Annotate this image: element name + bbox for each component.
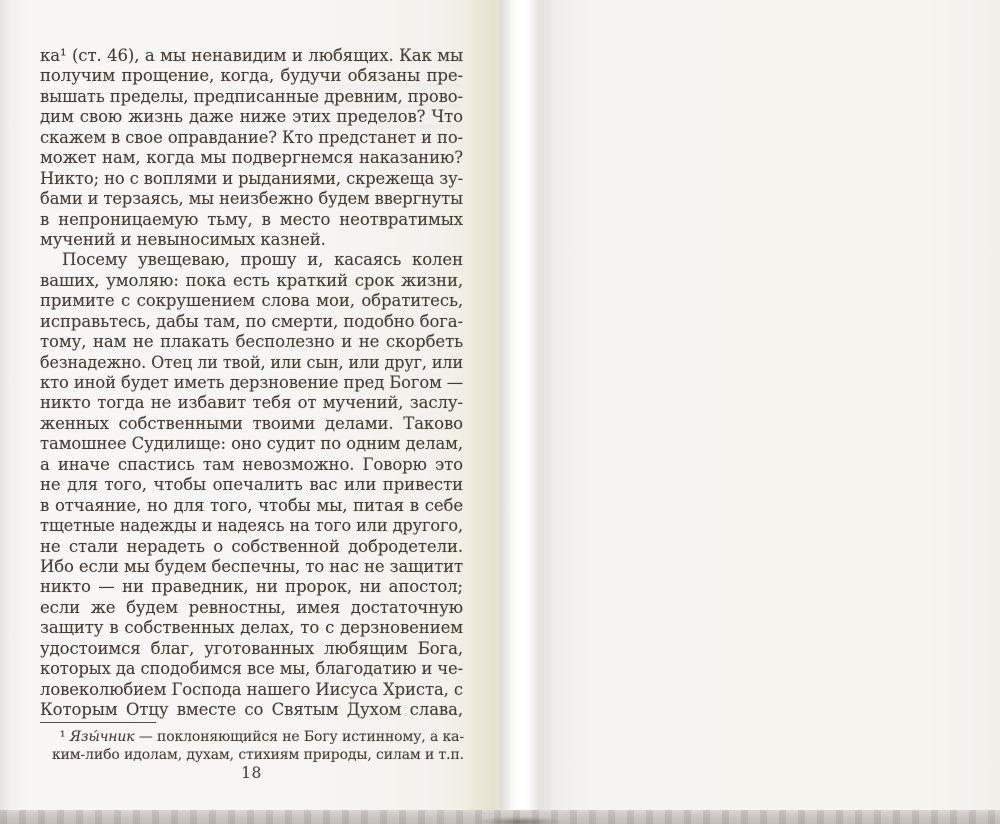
text-line: а иначе спастись там невозможно. Говорю … [40,455,463,475]
text-line: Которым Отцу вместе со Святым Духом слав… [40,700,463,720]
book-bottom-edge [0,810,1000,824]
text-line: кто иной будет иметь дерзновение пред Бо… [40,373,463,393]
left-footnote-separator [40,722,156,723]
text-line: в непроницаемую тьму, в место неотвратим… [40,210,463,230]
left-page-body: ка¹ (ст. 46), а мы ненавидим и любящих. … [40,46,463,720]
text-line: получим прощение, когда, будучи обязаны … [40,66,463,86]
left-page: ка¹ (ст. 46), а мы ненавидим и любящих. … [0,0,500,812]
text-line: Ибо если мы будем беспечны, то нас не за… [40,557,463,577]
text-line: если же будем ревностны, имея достаточну… [40,598,463,618]
left-page-number: 18 [40,764,463,782]
text-line: безнадежно. Отец ли твой, или сын, или д… [40,353,463,373]
text-line: ким-либо идолам, духам, стихиям природы,… [52,746,464,764]
text-line: в отчаяние, но для того, чтобы мы, питая… [40,496,463,516]
text-line: не для того, чтобы опечалить вас или при… [40,475,463,495]
text-line: тщетные надежды и надеясь на того или др… [40,516,463,536]
text-line: вышать пределы, предписанные древним, пр… [40,87,463,107]
text-line: мучений и невыносимых казней. [40,230,463,250]
text-line: ка¹ (ст. 46), а мы ненавидим и любящих. … [40,46,463,66]
text-line: скажем в свое оправдание? Кто предстанет… [40,128,463,148]
right-page: держава, честь, ныне и присно¹, и во век… [500,0,1000,812]
text-line: Посему увещеваю, прошу и, касаясь колен [40,250,463,270]
book-spread: ка¹ (ст. 46), а мы ненавидим и любящих. … [0,0,1000,824]
left-page-footnotes: ¹ Язы́чник — поклоняющийся не Богу истин… [52,728,464,764]
text-line: бами и терзаясь, мы неизбежно будем ввер… [40,189,463,209]
text-line: исправьтесь, дабы там, по смерти, подобн… [40,312,463,332]
text-line: ловеколюбием Господа нашего Иисуса Христ… [40,680,463,700]
text-line: никто — ни праведник, ни пророк, ни апос… [40,577,463,597]
text-line: женных собственными твоими делами. Таков… [40,414,463,434]
text-line: не стали нерадеть о собственной добродет… [40,537,463,557]
text-line: никто тогда не избавит тебя от мучений, … [40,393,463,413]
text-line: защиту в собственных делах, то с дерзнов… [40,618,463,638]
text-line: ваших, умоляю: пока есть краткий срок жи… [40,271,463,291]
text-line: тамошнее Судилище: оно судит по одним де… [40,434,463,454]
text-line: тому, нам не плакать бесполезно и не ско… [40,332,463,352]
text-line: ¹ Язы́чник — поклоняющийся не Богу истин… [52,728,464,746]
text-line: может нам, когда мы подвергнемся наказан… [40,148,463,168]
text-line: примите с сокрушением слова мои, обратит… [40,291,463,311]
text-line: Никто; но с воплями и рыданиями, скрежещ… [40,169,463,189]
text-line: дим свою жизнь даже ниже этих пределов? … [40,107,463,127]
text-line: удостоимся благ, уготованных любящим Бог… [40,639,463,659]
text-line: которых да сподобимся все мы, благодатию… [40,659,463,679]
